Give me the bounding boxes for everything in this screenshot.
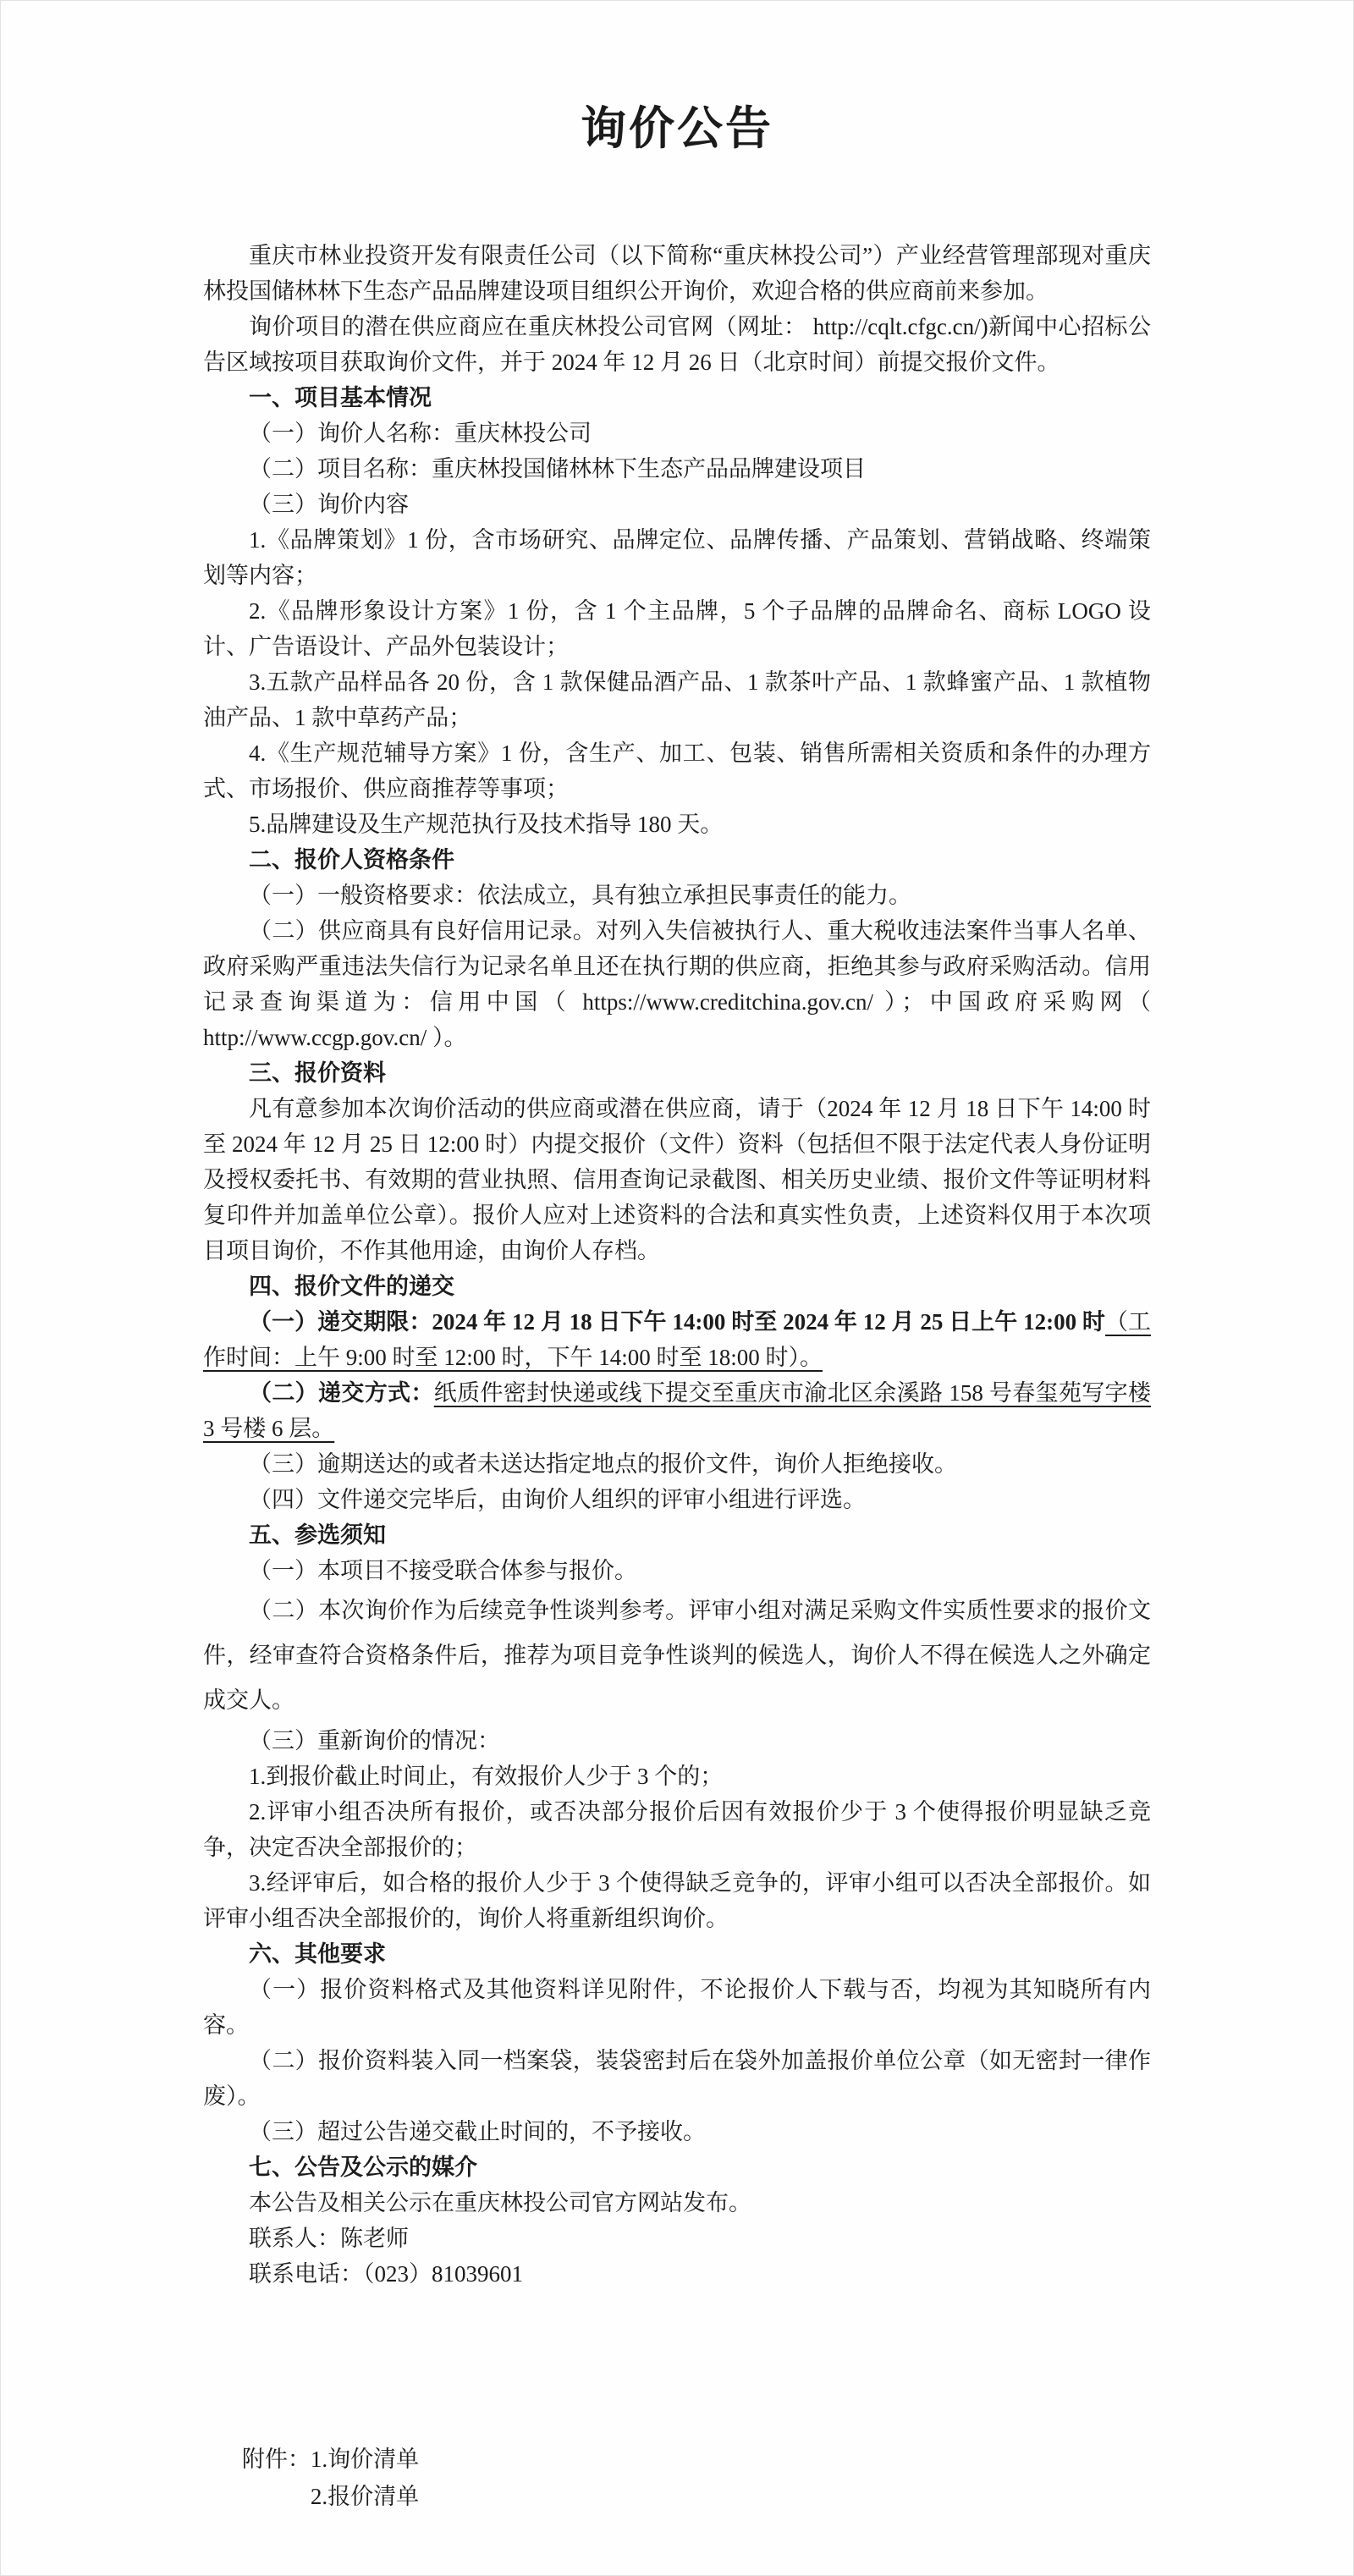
paragraph: 凡有意参加本次询价活动的供应商或潜在供应商，请于（2024 年 12 月 18 … [203,1091,1151,1269]
section-heading: 二、报价人资格条件 [203,842,1151,878]
text-run: 询价项目的潜在供应商应在重庆林投公司官网（网址： http://cqlt.cfg… [203,314,1151,375]
text-run: 3.经评审后，如合格的报价人少于 3 个使得缺乏竞争的，评审小组可以否决全部报价… [203,1870,1151,1931]
text-run: （二）递交方式： [249,1380,434,1406]
text-run: 六、其他要求 [249,1941,386,1967]
text-run: 3.五款产品样品各 20 份，含 1 款保健品酒产品、1 款茶叶产品、1 款蜂蜜… [203,669,1151,730]
section-heading: 三、报价资料 [203,1055,1151,1091]
paragraph: 4.《生产规范辅导方案》1 份，含生产、加工、包装、销售所需相关资质和条件的办理… [203,735,1151,806]
paragraph: （三）重新询价的情况： [203,1723,1151,1759]
text-run: 五、参选须知 [249,1522,386,1548]
paragraph: 3.五款产品样品各 20 份，含 1 款保健品酒产品、1 款茶叶产品、1 款蜂蜜… [203,664,1151,735]
text-run: （二）供应商具有良好信用记录。对列入失信被执行人、重大税收违法案件当事人名单、政… [203,918,1151,1050]
paragraph: （四）文件递交完毕后，由询价人组织的评审小组进行评选。 [203,1482,1151,1517]
paragraph: （二）递交方式：纸质件密封快递或线下提交至重庆市渝北区余溪路 158 号春玺苑写… [203,1375,1151,1446]
paragraph: （二）项目名称：重庆林投国储林林下生态产品品牌建设项目 [203,451,1151,487]
paragraph: （二）报价资料装入同一档案袋，装袋密封后在袋外加盖报价单位公章（如无密封一律作废… [203,2043,1151,2114]
text-run: 七、公告及公示的媒介 [249,2155,477,2180]
attachment-item: 附件：1.询价清单 [203,2441,1151,2478]
text-run: （二）本次询价作为后续竞争性谈判参考。评审小组对满足采购文件实质性要求的报价文件… [203,1598,1151,1713]
paragraph: （三）逾期送达的或者未送达指定地点的报价文件，询价人拒绝接收。 [203,1446,1151,1482]
text-run: 联系人：陈老师 [249,2226,409,2251]
text-run: （一）递交期限：2024 年 12 月 18 日下午 14:00 时至 2024… [249,1309,1105,1335]
paragraph: 1.《品牌策划》1 份，含市场研究、品牌定位、品牌传播、产品策划、营销战略、终端… [203,522,1151,593]
paragraph: （一）本项目不接受联合体参与报价。 [203,1553,1151,1588]
section-heading: 七、公告及公示的媒介 [203,2149,1151,2185]
text-run: （一）报价资料格式及其他资料详见附件，不论报价人下载与否，均视为其知晓所有内容。 [203,1977,1151,2038]
section-heading: 六、其他要求 [203,1936,1151,1972]
text-run: 1.到报价截止时间止，有效报价人少于 3 个的； [249,1764,723,1789]
paragraph: （三）超过公告递交截止时间的，不予接收。 [203,2114,1151,2149]
text-run: 4.《生产规范辅导方案》1 份，含生产、加工、包装、销售所需相关资质和条件的办理… [203,740,1151,801]
attachment-item: 2.报价清单 [203,2478,1151,2515]
text-run: （二）项目名称：重庆林投国储林林下生态产品品牌建设项目 [249,456,866,482]
paragraph: （一）报价资料格式及其他资料详见附件，不论报价人下载与否，均视为其知晓所有内容。 [203,1972,1151,2043]
paragraph: 5.品牌建设及生产规范执行及技术指导 180 天。 [203,806,1151,842]
paragraph: （二）本次询价作为后续竞争性谈判参考。评审小组对满足采购文件实质性要求的报价文件… [203,1588,1151,1723]
text-run: 联系电话：（023）81039601 [249,2261,523,2287]
text-run: （三）询价内容 [249,492,409,517]
section-heading: 四、报价文件的递交 [203,1269,1151,1304]
text-run: 一、项目基本情况 [249,385,432,410]
text-run: 四、报价文件的递交 [249,1274,454,1299]
paragraph: 询价项目的潜在供应商应在重庆林投公司官网（网址： http://cqlt.cfg… [203,309,1151,380]
text-run: （一）询价人名称：重庆林投公司 [249,421,592,446]
paragraph: 2.《品牌形象设计方案》1 份，含 1 个主品牌，5 个子品牌的品牌命名、商标 … [203,593,1151,664]
text-run: （二）报价资料装入同一档案袋，装袋密封后在袋外加盖报价单位公章（如无密封一律作废… [203,2048,1151,2109]
paragraph: 重庆市林业投资开发有限责任公司（以下简称“重庆林投公司”）产业经营管理部现对重庆… [203,238,1151,309]
text-run: 二、报价人资格条件 [249,847,454,872]
paragraph: 1.到报价截止时间止，有效报价人少于 3 个的； [203,1759,1151,1794]
text-run: 2.评审小组否决所有报价，或否决部分报价后因有效报价少于 3 个使得报价明显缺乏… [203,1799,1151,1860]
text-run: 5.品牌建设及生产规范执行及技术指导 180 天。 [249,812,723,837]
page-title: 询价公告 [1,1,1353,157]
text-run: 凡有意参加本次询价活动的供应商或潜在供应商，请于（2024 年 12 月 18 … [203,1096,1151,1263]
document-page: 询价公告 重庆市林业投资开发有限责任公司（以下简称“重庆林投公司”）产业经营管理… [0,0,1354,2576]
paragraph: （一）递交期限：2024 年 12 月 18 日下午 14:00 时至 2024… [203,1304,1151,1375]
paragraph: 联系人：陈老师 [203,2221,1151,2256]
paragraph: （一）询价人名称：重庆林投公司 [203,416,1151,451]
paragraph: （三）询价内容 [203,487,1151,522]
text-run: 2.《品牌形象设计方案》1 份，含 1 个主品牌，5 个子品牌的品牌命名、商标 … [203,598,1151,659]
section-heading: 五、参选须知 [203,1517,1151,1553]
text-run: （三）重新询价的情况： [249,1728,500,1753]
attachments-block: 附件：1.询价清单2.报价清单 [203,2441,1151,2515]
text-run: 三、报价资料 [249,1060,386,1086]
text-run: （四）文件递交完毕后，由询价人组织的评审小组进行评选。 [249,1487,866,1512]
text-run: （三）逾期送达的或者未送达指定地点的报价文件，询价人拒绝接收。 [249,1451,957,1477]
paragraph: （一）一般资格要求：依法成立，具有独立承担民事责任的能力。 [203,878,1151,913]
paragraph: 3.经评审后，如合格的报价人少于 3 个使得缺乏竞争的，评审小组可以否决全部报价… [203,1865,1151,1936]
text-run: （三）超过公告递交截止时间的，不予接收。 [249,2119,706,2144]
text-run: 重庆市林业投资开发有限责任公司（以下简称“重庆林投公司”）产业经营管理部现对重庆… [203,243,1151,304]
paragraph: 2.评审小组否决所有报价，或否决部分报价后因有效报价少于 3 个使得报价明显缺乏… [203,1794,1151,1865]
document-body: 重庆市林业投资开发有限责任公司（以下简称“重庆林投公司”）产业经营管理部现对重庆… [203,238,1151,2515]
paragraph: 联系电话：（023）81039601 [203,2256,1151,2292]
text-run: 1.《品牌策划》1 份，含市场研究、品牌定位、品牌传播、产品策划、营销战略、终端… [203,527,1151,588]
text-run: （一）本项目不接受联合体参与报价。 [249,1558,637,1583]
paragraph: 本公告及相关公示在重庆林投公司官方网站发布。 [203,2185,1151,2221]
section-heading: 一、项目基本情况 [203,380,1151,416]
text-run: （一）一般资格要求：依法成立，具有独立承担民事责任的能力。 [249,883,911,908]
paragraph: （二）供应商具有良好信用记录。对列入失信被执行人、重大税收违法案件当事人名单、政… [203,913,1151,1055]
text-run: 本公告及相关公示在重庆林投公司官方网站发布。 [249,2190,751,2215]
